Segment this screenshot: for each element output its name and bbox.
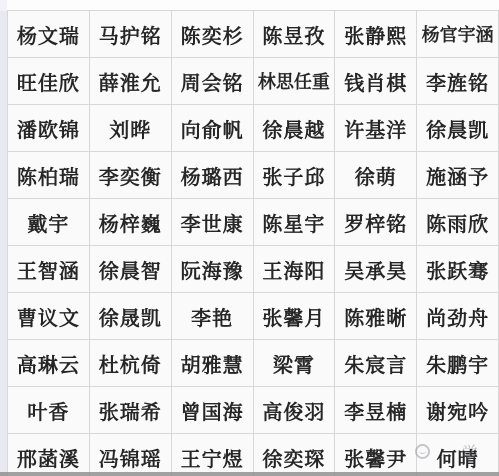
table-cell: 许基洋 xyxy=(335,105,417,152)
table-cell: 张跃骞 xyxy=(417,246,499,293)
table-cell: 杨梓巍 xyxy=(90,199,172,246)
table-cell: 吴承昊 xyxy=(335,246,417,293)
table-cell: 薛淮允 xyxy=(90,58,172,105)
table-cell: 邢菡溪 xyxy=(8,434,90,476)
table-cell: 张静熙 xyxy=(335,11,417,58)
table-cell: 向俞帆 xyxy=(172,105,254,152)
table-cell: 叶香 xyxy=(8,387,90,434)
table-cell: 阮海豫 xyxy=(172,246,254,293)
table-cell: 王宁煜 xyxy=(172,434,254,476)
table-cell: 尚劲舟 xyxy=(417,293,499,340)
table-cell: 何晴 xyxy=(417,434,499,476)
table-cell: 林思任重 xyxy=(254,58,336,105)
table-cell: 高琳云 xyxy=(8,340,90,387)
table-cell: 李奕衡 xyxy=(90,152,172,199)
table-cell: 徐萌 xyxy=(335,152,417,199)
table-cell: 徐晨智 xyxy=(90,246,172,293)
table-cell: 曾国海 xyxy=(172,387,254,434)
table-cell: 杨官宇涵 xyxy=(417,11,499,58)
table-cell: 周会铭 xyxy=(172,58,254,105)
table-cell: 胡雅慧 xyxy=(172,340,254,387)
table-cell: 张瑞希 xyxy=(90,387,172,434)
names-table: 杨文瑞马护铭陈奕杉陈昱孜张静熙杨官宇涵旺佳欣薛淮允周会铭林思任重钱肖棋李旌铭潘欧… xyxy=(7,10,499,476)
table-cell: 徐晨凯 xyxy=(417,105,499,152)
table-cell: 戴宇 xyxy=(8,199,90,246)
table-cell: 刘晔 xyxy=(90,105,172,152)
table-cell: 杨璐西 xyxy=(172,152,254,199)
table-cell: 杨文瑞 xyxy=(8,11,90,58)
table-cell: 徐奕琛 xyxy=(254,434,336,476)
table-cell: 陈雅晰 xyxy=(335,293,417,340)
table-cell: 杜杭倚 xyxy=(90,340,172,387)
table-cell: 旺佳欣 xyxy=(8,58,90,105)
table-cell: 张馨月 xyxy=(254,293,336,340)
table-cell: 陈昱孜 xyxy=(254,11,336,58)
names-roster-screenshot: 杨文瑞马护铭陈奕杉陈昱孜张静熙杨官宇涵旺佳欣薛淮允周会铭林思任重钱肖棋李旌铭潘欧… xyxy=(0,0,499,476)
left-margin-strip xyxy=(0,0,7,476)
table-cell: 李旌铭 xyxy=(417,58,499,105)
table-cell: 陈柏瑞 xyxy=(8,152,90,199)
table-cell: 陈星宇 xyxy=(254,199,336,246)
table-cell: 梁霄 xyxy=(254,340,336,387)
table-cell: 王海阳 xyxy=(254,246,336,293)
table-cell: 潘欧锦 xyxy=(8,105,90,152)
table-cell: 钱肖棋 xyxy=(335,58,417,105)
table-cell: 陈奕杉 xyxy=(172,11,254,58)
table-cell: 陈雨欣 xyxy=(417,199,499,246)
table-cell: 徐晨越 xyxy=(254,105,336,152)
table-cell: 张馨尹 xyxy=(335,434,417,476)
table-cell: 施涵予 xyxy=(417,152,499,199)
table-cell: 罗梓铭 xyxy=(335,199,417,246)
table-cell: 徐晟凯 xyxy=(90,293,172,340)
table-cell: 李艳 xyxy=(172,293,254,340)
table-cell: 李世康 xyxy=(172,199,254,246)
table-cell: 李昱楠 xyxy=(335,387,417,434)
table-cell: 王智涵 xyxy=(8,246,90,293)
table-cell: 朱宸言 xyxy=(335,340,417,387)
table-cell: 张子邱 xyxy=(254,152,336,199)
table-cell: 马护铭 xyxy=(90,11,172,58)
table-cell: 冯锦瑶 xyxy=(90,434,172,476)
table-cell: 谢宛吟 xyxy=(417,387,499,434)
table-cell: 高俊羽 xyxy=(254,387,336,434)
bottom-edge-bar xyxy=(0,472,499,476)
table-cell: 曹议文 xyxy=(8,293,90,340)
table-cell: 朱鹏宇 xyxy=(417,340,499,387)
